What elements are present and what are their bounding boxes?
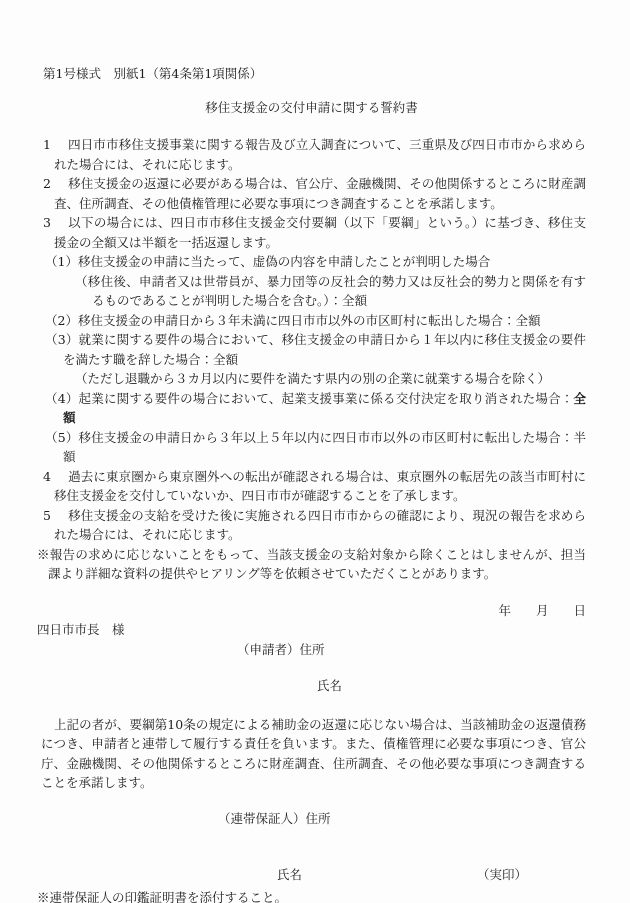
pledge-item-3: 3以下の場合には、四日市市移住支援金交付要綱（以下「要綱」という。）に基づき、移… bbox=[43, 213, 586, 252]
item-number: 2 bbox=[43, 176, 51, 191]
form-number: 第1号様式 別紙1（第4条第1項関係） bbox=[43, 64, 586, 84]
pledge-subitem-2: （2）移住支援金の申請日から３年未満に四日市市以外の市区町村に転出した場合：全額 bbox=[45, 311, 586, 331]
guarantor-address-label: （連帯保証人）住所 bbox=[218, 809, 586, 829]
pledge-item-4: 4過去に東京圏から東京圏外への転出が確認される場合は、東京圏外の転居先の該当市町… bbox=[43, 467, 586, 506]
item-text: 移住支援金の支給を受けた後に実施される四日市市からの確認により、現況の報告を求め… bbox=[54, 508, 586, 543]
addressee-mayor: 四日市市長 様 bbox=[37, 620, 586, 640]
pledge-subitem-1-note: （移住後、申請者又は世帯員が、暴力団等の反社会的勢力又は反社会的勢力と関係を有す… bbox=[75, 272, 586, 311]
guarantor-signature-line: 氏名（実印） bbox=[277, 865, 586, 885]
pledge-subitem-5: （5）移住支援金の申請日から３年以上５年以内に四日市市以外の市区町村に転出した場… bbox=[45, 428, 586, 467]
item-number: 4 bbox=[43, 469, 51, 484]
report-note: ※報告の求めに応じないことをもって、当該支援金の支給対象から除くことはしませんが… bbox=[37, 545, 586, 584]
date-line: 年 月 日 bbox=[37, 601, 586, 621]
pledge-subitem-3: （3）就業に関する要件の場合において、移住支援金の申請日から１年以内に移住支援金… bbox=[45, 330, 586, 369]
subitem-label: （2） bbox=[45, 313, 78, 328]
guarantor-obligation-paragraph: 上記の者が、要綱第10条の規定による補助金の返還に応じない場合は、当該補助金の返… bbox=[41, 715, 586, 793]
item-number: 3 bbox=[43, 215, 51, 230]
subitem-text: 移住支援金の申請日から３年以上５年以内に四日市市以外の市区町村に転出した場合：半… bbox=[63, 430, 586, 465]
pledge-item-5: 5移住支援金の支給を受けた後に実施される四日市市からの確認により、現況の報告を求… bbox=[43, 506, 586, 545]
applicant-address-label: （申請者）住所 bbox=[237, 640, 586, 660]
pledge-document-page: 第1号様式 別紙1（第4条第1項関係） 移住支援金の交付申請に関する誓約書 1四… bbox=[0, 0, 630, 903]
document-title: 移住支援金の交付申請に関する誓約書 bbox=[37, 98, 586, 118]
subitem-text: 移住支援金の申請日から３年未満に四日市市以外の市区町村に転出した場合：全額 bbox=[78, 313, 541, 328]
seal-certificate-footnote-text: ※連帯保証人の印鑑証明書を添付すること。 bbox=[37, 890, 297, 903]
pledge-item-1: 1四日市市移住支援事業に関する報告及び立入調査について、三重県及び四日市市から求… bbox=[43, 135, 586, 174]
pledge-subitem-1: （1）移住支援金の申請に当たって、虚偽の内容を申請したことが判明した場合 bbox=[45, 252, 586, 272]
subitem-label: （4） bbox=[45, 391, 79, 406]
registered-seal-label: （実印） bbox=[477, 867, 527, 882]
subitem-text: 就業に関する要件の場合において、移住支援金の申請日から１年以内に移住支援金の要件… bbox=[63, 332, 586, 367]
pledge-item-2: 2移住支援金の返還に必要がある場合は、官公庁、金融機関、その他関係するところに財… bbox=[43, 174, 586, 213]
item-text: 四日市市移住支援事業に関する報告及び立入調査について、三重県及び四日市市から求め… bbox=[54, 137, 586, 172]
seal-certificate-footnote: ※連帯保証人の印鑑証明書を添付すること。 bbox=[37, 888, 586, 903]
document-body: 1四日市市移住支援事業に関する報告及び立入調査について、三重県及び四日市市から求… bbox=[37, 135, 586, 584]
item-number: 1 bbox=[43, 137, 51, 152]
subitem-label: （3） bbox=[45, 332, 79, 347]
item-text: 過去に東京圏から東京圏外への転出が確認される場合は、東京圏外の転居先の該当市町村… bbox=[54, 469, 586, 504]
pledge-subitem-3-note: （ただし退職から３カ月以内に要件を満たす県内の別の企業に就業する場合を除く） bbox=[75, 369, 586, 389]
item-text: 移住支援金の返還に必要がある場合は、官公庁、金融機関、その他関係するところに財産… bbox=[54, 176, 586, 211]
applicant-name-label: 氏名 bbox=[317, 676, 586, 696]
subitem-text: 起業に関する要件の場合において、起業支援事業に係る交付決定を取り消された場合： bbox=[79, 391, 574, 406]
guarantor-name-label: 氏名 bbox=[277, 867, 302, 882]
item-number: 5 bbox=[43, 508, 51, 523]
subitem-label: （1） bbox=[45, 254, 78, 269]
pledge-subitem-4: （4）起業に関する要件の場合において、起業支援事業に係る交付決定を取り消された場… bbox=[45, 389, 586, 428]
subitem-text: 移住支援金の申請に当たって、虚偽の内容を申請したことが判明した場合 bbox=[78, 254, 490, 269]
item-text: 以下の場合には、四日市市移住支援金交付要綱（以下「要綱」という。）に基づき、移住… bbox=[54, 215, 586, 250]
subitem-label: （5） bbox=[45, 430, 79, 445]
